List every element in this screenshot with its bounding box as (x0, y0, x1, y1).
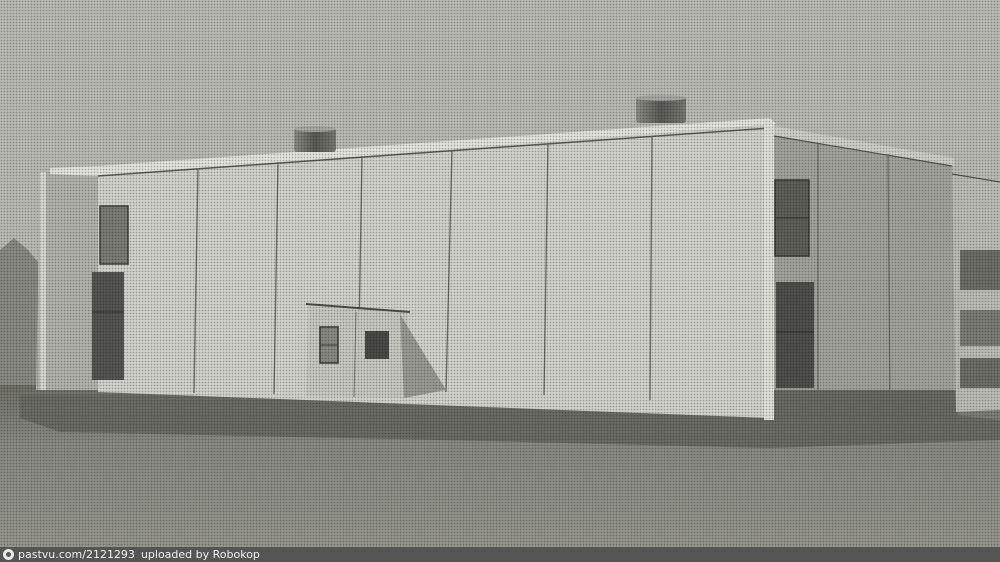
photo (0, 0, 1000, 547)
source-link[interactable]: pastvu.com/2121293 (18, 547, 135, 562)
caption-bar: pastvu.com/2121293 uploaded by Robokop (0, 547, 1000, 562)
pastvu-logo-icon (3, 549, 14, 560)
uploader-credit: uploaded by Robokop (141, 547, 260, 562)
halftone-screen (0, 0, 1000, 547)
